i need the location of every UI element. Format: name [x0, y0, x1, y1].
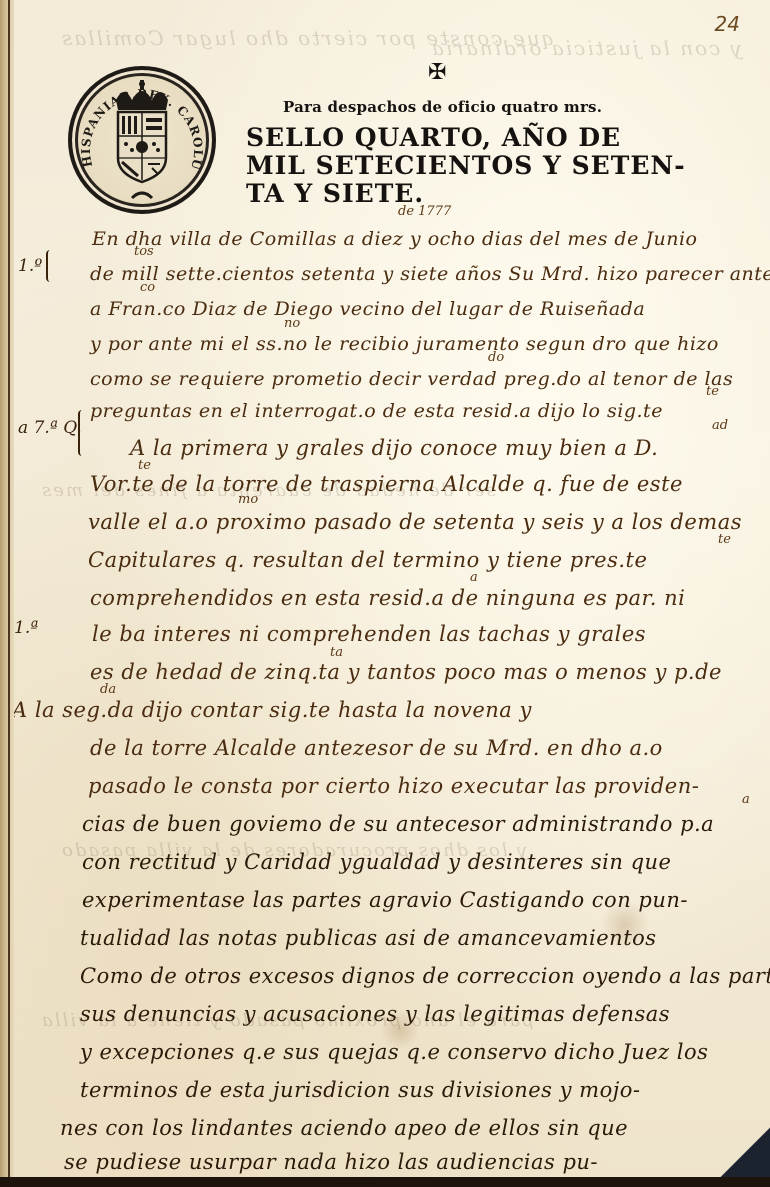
manuscript-line: Capitulares q. resultan del termino y ti… [88, 548, 647, 572]
superscript-note: mo [238, 492, 258, 507]
superscript-note: da [100, 682, 116, 697]
stamp-title-line: ta y siete. [246, 180, 666, 208]
superscript-note: tos [134, 244, 154, 259]
superscript-note: do [488, 350, 504, 365]
manuscript-line: Vor.te de la torre de traspierna Alcalde… [90, 472, 683, 496]
superscript-note: a [742, 792, 750, 807]
margin-bracket [78, 410, 90, 456]
manuscript-line: preguntas en el interrogat.o de esta res… [90, 400, 663, 422]
page-binding-edge [0, 0, 14, 1187]
manuscript-line: de mill sette.cientos setenta y siete añ… [90, 263, 770, 285]
cross-symbol: ✠ [428, 60, 446, 85]
manuscript-line: terminos de esta jurisdicion sus divisio… [80, 1078, 640, 1102]
superscript-note: no [284, 316, 300, 331]
manuscript-line: nes con los lindantes aciendo apeo de el… [60, 1116, 628, 1140]
manuscript-line: a Fran.co Diaz de Diego vecino del lugar… [90, 298, 645, 320]
manuscript-line: pasado le consta por cierto hizo executa… [88, 774, 699, 798]
manuscript-line: y excepciones q.e sus quejas q.e conserv… [80, 1040, 708, 1064]
manuscript-line: valle el a.o proximo pasado de setenta y… [88, 510, 742, 534]
manuscript-line: A la primera y grales dijo conoce muy bi… [130, 436, 658, 460]
manuscript-line: y por ante mi el ss.no le recibio jurame… [90, 333, 719, 355]
stamp-title-line: mil setecientos y seten- [246, 152, 666, 180]
manuscript-line: Como de otros excesos dignos de correcci… [80, 964, 770, 988]
manuscript-line: En dha villa de Comillas a diez y ocho d… [92, 228, 697, 250]
superscript-note: co [140, 280, 155, 295]
binding-fold-line [8, 0, 10, 1187]
stamp-title: Sello quarto, año de mil setecientos y s… [246, 124, 666, 208]
superscript-note: ta [330, 645, 343, 660]
manuscript-line: de la torre Alcalde antezesor de su Mrd.… [90, 736, 663, 760]
superscript-note: te [706, 384, 719, 399]
superscript-note: ad [712, 418, 728, 433]
manuscript-line: sus denuncias y acusaciones y las legiti… [80, 1002, 670, 1026]
manuscript-page: que conste por cierto dho lugar Comillas… [0, 0, 770, 1180]
superscript-note: te [138, 458, 151, 473]
manuscript-line: cias de buen goviemo de su antecesor adm… [82, 812, 714, 836]
manuscript-line: comprehendidos en esta resid.a de ningun… [90, 586, 685, 610]
manuscript-line: experimentase las partes agravio Castiga… [82, 888, 688, 912]
royal-seal: HISPANIAR.REX. CAROLUS.III.D.G. [68, 66, 216, 214]
manuscript-line: le ba interes ni comprehenden las tachas… [92, 622, 646, 646]
manuscript-line: se pudiese usurpar nada hizo las audienc… [64, 1150, 598, 1174]
stamp-title-line: Sello quarto, año de [246, 124, 666, 152]
manuscript-line: con rectitud y Caridad ygualdad y desint… [82, 850, 671, 874]
manuscript-line: es de hedad de zinq.ta y tantos poco mas… [90, 660, 722, 684]
manuscript-line: tualidad las notas publicas asi de amanc… [80, 926, 657, 950]
superscript-note: te [718, 532, 731, 547]
manuscript-line: A la seg.da dijo contar sig.te hasta la … [12, 698, 532, 722]
margin-note: 1.ª [14, 618, 38, 638]
folio-number: 24 [715, 12, 740, 36]
margin-bracket [46, 250, 58, 282]
superscript-note: de 1777 [398, 204, 451, 219]
manuscript-line: como se requiere prometio decir verdad p… [90, 368, 733, 390]
superscript-note: a [470, 570, 478, 585]
stamp-tax-note: Para despachos de oficio quatro mrs. [283, 98, 602, 116]
margin-note: a 7.ª Q. [18, 418, 82, 438]
page-bottom-edge [0, 1177, 770, 1187]
bleed-through-text: y con la justicia ordinaria [430, 36, 742, 60]
margin-note: 1.º [18, 256, 42, 276]
royal-coat-of-arms-icon: HISPANIAR.REX. CAROLUS.III.D.G. [72, 70, 212, 210]
